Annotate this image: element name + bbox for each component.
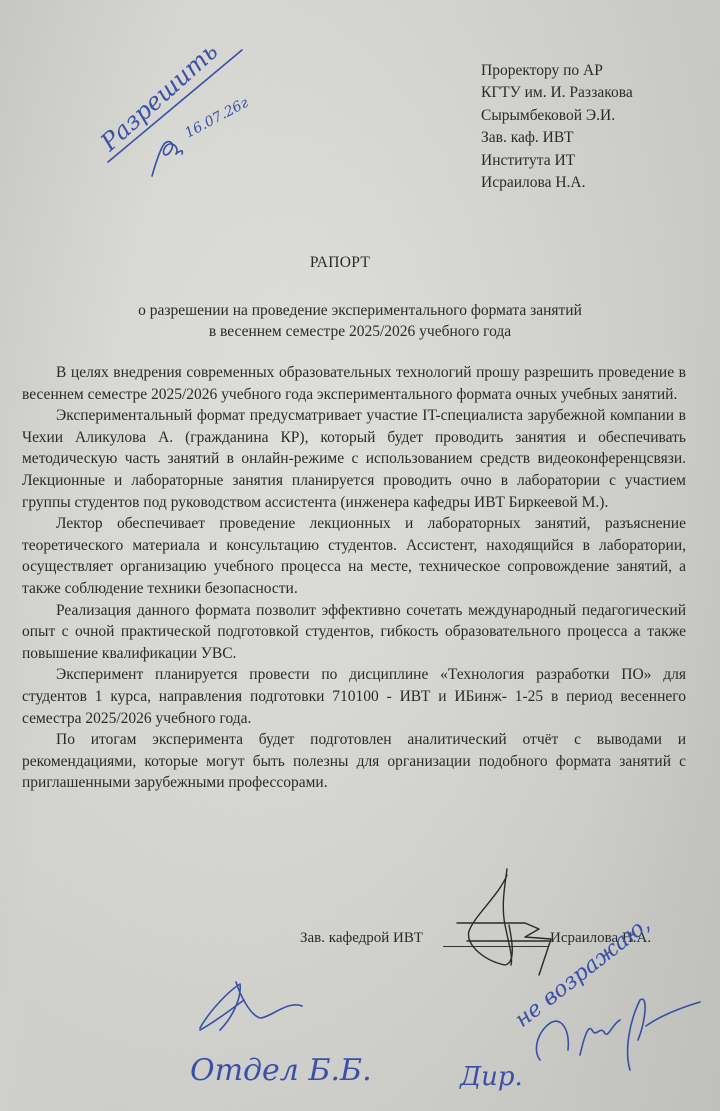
body-paragraph: Лектор обеспечивает проведение лекционны… xyxy=(22,513,686,599)
director-signature-icon xyxy=(536,999,700,1070)
handwritten-notes: Отдел Б.Б. не возражаю, Дир. xyxy=(160,960,720,1111)
left-note: Отдел Б.Б. xyxy=(190,1053,372,1088)
addressee-line: Зав. каф. ИВТ xyxy=(481,127,633,149)
resolution-date: 16.07.26г xyxy=(182,95,251,142)
body-paragraph: Эксперимент планируется провести по дисц… xyxy=(22,664,686,729)
left-initials-icon xyxy=(200,982,302,1030)
resolution-text: Разрешить xyxy=(95,37,224,157)
subtitle-line-2: в весеннем семестре 2025/2026 учебного г… xyxy=(40,321,680,342)
addressee-line: КГТУ им. И. Раззакова xyxy=(481,82,633,104)
document-title: РАПОРТ xyxy=(0,254,680,272)
body-paragraph: Экспериментальный формат предусматривает… xyxy=(22,405,686,513)
addressee-line: Проректору по АР xyxy=(481,60,633,82)
subtitle-line-1: о разрешении на проведение экспериментал… xyxy=(40,300,680,321)
body-paragraph: В целях внедрения современных образовате… xyxy=(22,362,686,405)
resolution-signature-icon xyxy=(152,142,182,176)
body-paragraph: По итогам эксперимента будет подготовлен… xyxy=(22,729,686,794)
body-paragraph: Реализация данного формата позволит эффе… xyxy=(22,600,686,665)
addressee-block: Проректору по АР КГТУ им. И. Раззакова С… xyxy=(481,60,633,194)
addressee-line: Сырымбековой Э.И. xyxy=(481,105,633,127)
addressee-line: Исраилова Н.А. xyxy=(481,172,633,194)
signatory-role: Зав. кафедрой ИВТ xyxy=(300,930,423,947)
document-body: В целях внедрения современных образовате… xyxy=(22,362,686,794)
document-subtitle: о разрешении на проведение экспериментал… xyxy=(40,300,680,342)
head-signature-icon xyxy=(455,865,565,975)
resolution-stamp: Разрешить 16.07.26г xyxy=(90,40,290,180)
addressee-line: Института ИТ xyxy=(481,150,633,172)
right-note-line-2: Дир. xyxy=(459,1062,523,1092)
